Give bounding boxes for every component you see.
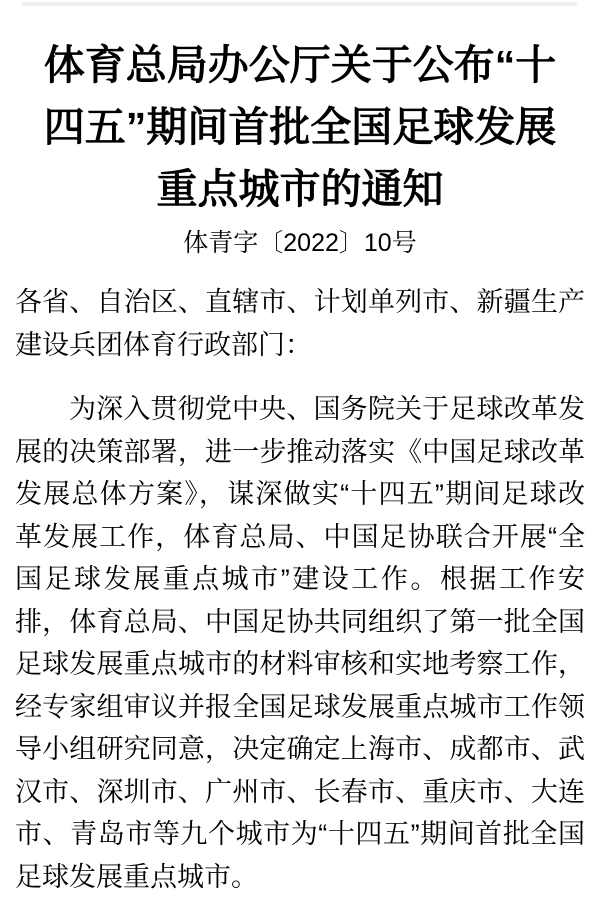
top-divider	[22, 2, 577, 6]
notice-body: 各省、自治区、直辖市、计划单列市、新疆生产建设兵团体育行政部门： 为深入贯彻党中…	[15, 281, 585, 898]
notice-page: 体育总局办公厅关于公布“十四五”期间首批全国足球发展重点城市的通知 体青字〔20…	[0, 2, 600, 909]
notice-title: 体育总局办公厅关于公布“十四五”期间首批全国足球发展重点城市的通知	[28, 34, 572, 220]
document-number: 体青字〔2022〕10号	[0, 225, 600, 261]
recipients-line: 各省、自治区、直辖市、计划单列市、新疆生产建设兵团体育行政部门：	[15, 281, 585, 366]
main-paragraph: 为深入贯彻党中央、国务院关于足球改革发展的决策部署，进一步推动落实《中国足球改革…	[15, 388, 585, 898]
